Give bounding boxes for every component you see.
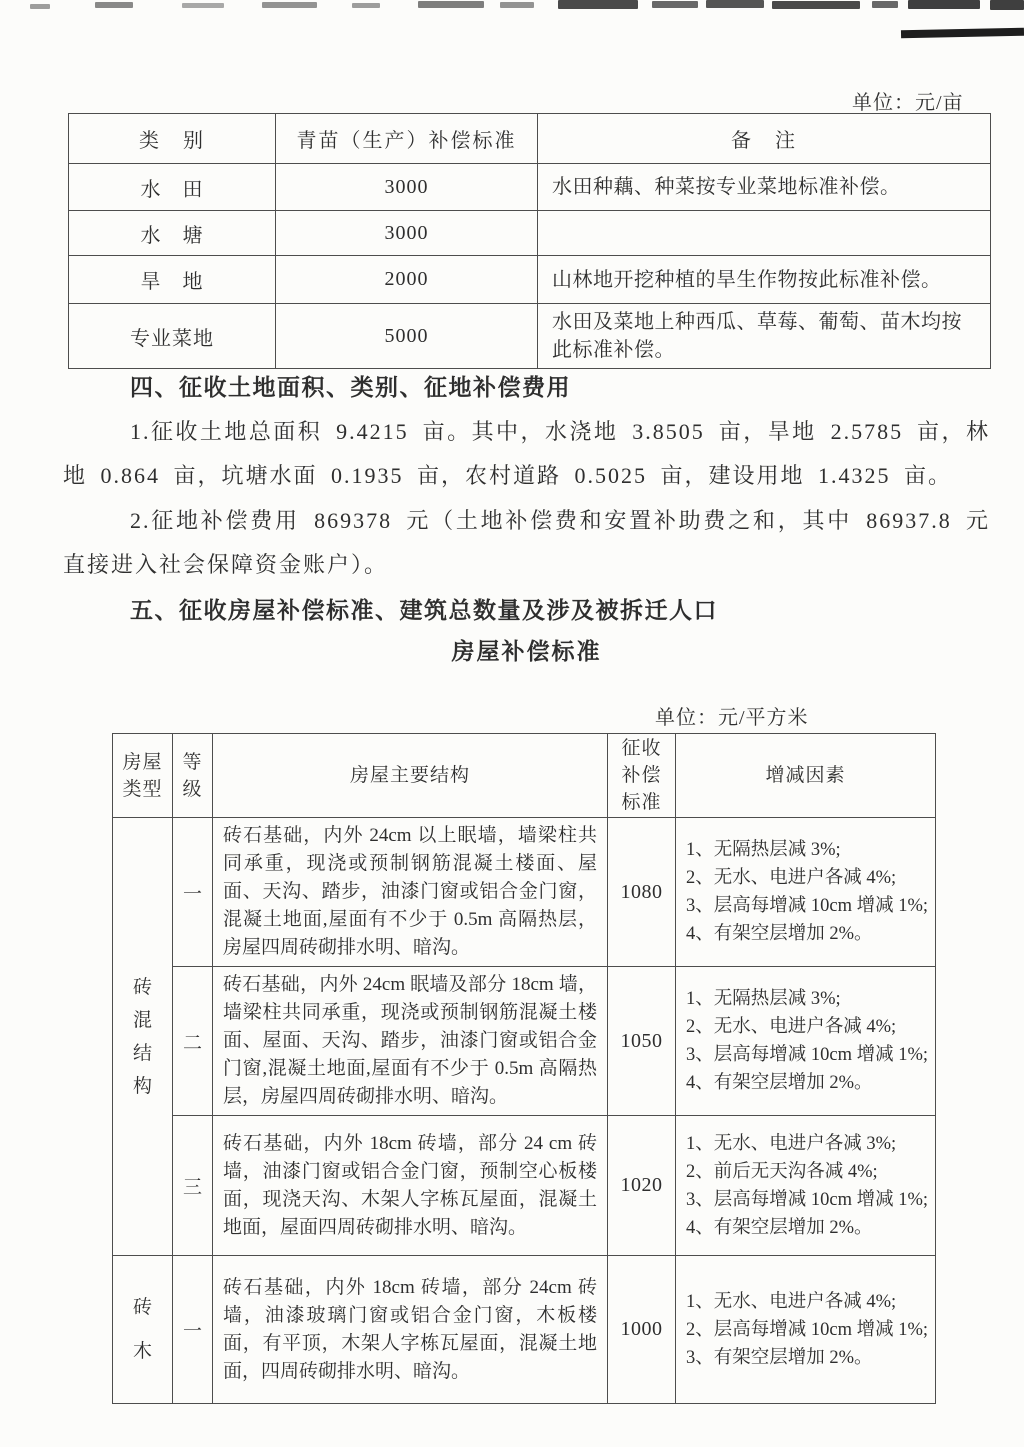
table-row: 二 砖石基础，内外 24cm 眠墙及部分 18cm 墙，墙梁柱共同承重，现浇或预… <box>113 967 936 1116</box>
cell-grade: 一 <box>173 1256 213 1404</box>
cell-standard: 1020 <box>608 1116 676 1256</box>
table-row: 专业菜地 5000 水田及菜地上种西瓜、草莓、葡萄、苗木均按此标准补偿。 <box>69 304 991 369</box>
table-row: 砖 木 一 砖石基础，内外 18cm 砖墙，部分 24cm 砖墙，油漆玻璃门窗或… <box>113 1256 936 1404</box>
cell-category: 水 田 <box>69 164 276 211</box>
cell-note <box>538 211 991 256</box>
unit-label-top: 单位：元/亩 <box>852 86 964 115</box>
cell-note: 山林地开挖种植的旱生作物按此标准补偿。 <box>538 256 991 304</box>
header-category: 类 别 <box>69 114 276 164</box>
cell-category: 水 塘 <box>69 211 276 256</box>
cell-structure: 砖石基础，内外 18cm 砖墙，部分 24 cm 砖墙，油漆门窗或铝合金门窗，预… <box>213 1116 608 1256</box>
table-row: 旱 地 2000 山林地开挖种植的旱生作物按此标准补偿。 <box>69 256 991 304</box>
table-row: 三 砖石基础，内外 18cm 砖墙，部分 24 cm 砖墙，油漆门窗或铝合金门窗… <box>113 1116 936 1256</box>
cell-note: 水田种藕、种菜按专业菜地标准补偿。 <box>538 164 991 211</box>
scanned-document-page: 单位：元/亩 类 别 青苗（生产）补偿标准 备 注 水 田 3000 水田种藕、… <box>0 0 1024 1447</box>
scan-streak <box>901 28 1024 39</box>
house-compensation-subtitle: 房屋补偿标准 <box>63 634 990 670</box>
header-factors: 增减因素 <box>676 734 936 818</box>
table-row: 水 塘 3000 <box>69 211 991 256</box>
cell-grade: 二 <box>173 967 213 1116</box>
cell-standard: 1080 <box>608 818 676 967</box>
cell-standard: 2000 <box>276 256 538 304</box>
cell-category: 旱 地 <box>69 256 276 304</box>
cell-factors: 1、无隔热层减 3%; 2、无水、电进户各减 4%; 3、层高每增减 10cm … <box>676 818 936 967</box>
header-house-type: 房屋 类型 <box>113 734 173 818</box>
body-text: 四、征收土地面积、类别、征地补偿费用 1.征收土地总面积 9.4215 亩。其中… <box>63 368 990 670</box>
section-4-heading: 四、征收土地面积、类别、征地补偿费用 <box>63 368 990 408</box>
section-5-heading: 五、征收房屋补偿标准、建筑总数量及涉及被拆迁人口 <box>63 591 990 631</box>
crop-compensation-table: 类 别 青苗（生产）补偿标准 备 注 水 田 3000 水田种藕、种菜按专业菜地… <box>68 113 991 369</box>
cell-structure: 砖石基础，内外 18cm 砖墙，部分 24cm 砖墙，油漆玻璃门窗或铝合金门窗，… <box>213 1256 608 1404</box>
cell-factors: 1、无隔热层减 3%; 2、无水、电进户各减 4%; 3、层高每增减 10cm … <box>676 967 936 1116</box>
section-4-paragraph-2: 2.征地补偿费用 869378 元（土地补偿费和安置补助费之和，其中 86937… <box>63 499 990 586</box>
cell-factors: 1、无水、电进户各减 4%; 2、层高每增减 10cm 增减 1%; 3、有架空… <box>676 1256 936 1404</box>
cell-structure: 砖石基础，内外 24cm 眠墙及部分 18cm 墙，墙梁柱共同承重，现浇或预制钢… <box>213 967 608 1116</box>
table-header-row: 房屋 类型 等 级 房屋主要结构 征收 补偿 标准 增减因素 <box>113 734 936 818</box>
table-header-row: 类 别 青苗（生产）补偿标准 备 注 <box>69 114 991 164</box>
cell-factors: 1、无水、电进户各减 3%; 2、前后无天沟各减 4%; 3、层高每增减 10c… <box>676 1116 936 1256</box>
cell-standard: 5000 <box>276 304 538 369</box>
header-standard: 青苗（生产）补偿标准 <box>276 114 538 164</box>
header-grade: 等 级 <box>173 734 213 818</box>
unit-label-bottom: 单位：元/平方米 <box>655 701 809 730</box>
table-row: 砖 混 结 构 一 砖石基础，内外 24cm 以上眠墙，墙梁柱共同承重，现浇或预… <box>113 818 936 967</box>
cell-category: 专业菜地 <box>69 304 276 369</box>
house-type-brick-concrete: 砖 混 结 构 <box>113 818 173 1256</box>
cell-standard: 3000 <box>276 164 538 211</box>
header-note: 备 注 <box>538 114 991 164</box>
header-standard: 征收 补偿 标准 <box>608 734 676 818</box>
table-row: 水 田 3000 水田种藕、种菜按专业菜地标准补偿。 <box>69 164 991 211</box>
cell-note: 水田及菜地上种西瓜、草莓、葡萄、苗木均按此标准补偿。 <box>538 304 991 369</box>
house-type-brick-wood: 砖 木 <box>113 1256 173 1404</box>
cell-grade: 三 <box>173 1116 213 1256</box>
section-4-paragraph-1: 1.征收土地总面积 9.4215 亩。其中，水浇地 3.8505 亩，旱地 2.… <box>63 410 990 497</box>
cell-grade: 一 <box>173 818 213 967</box>
house-compensation-table: 房屋 类型 等 级 房屋主要结构 征收 补偿 标准 增减因素 砖 混 结 构 一… <box>112 733 936 1404</box>
cell-standard: 3000 <box>276 211 538 256</box>
cell-structure: 砖石基础，内外 24cm 以上眠墙，墙梁柱共同承重，现浇或预制钢筋混凝土楼面、屋… <box>213 818 608 967</box>
cell-standard: 1000 <box>608 1256 676 1404</box>
header-structure: 房屋主要结构 <box>213 734 608 818</box>
cell-standard: 1050 <box>608 967 676 1116</box>
